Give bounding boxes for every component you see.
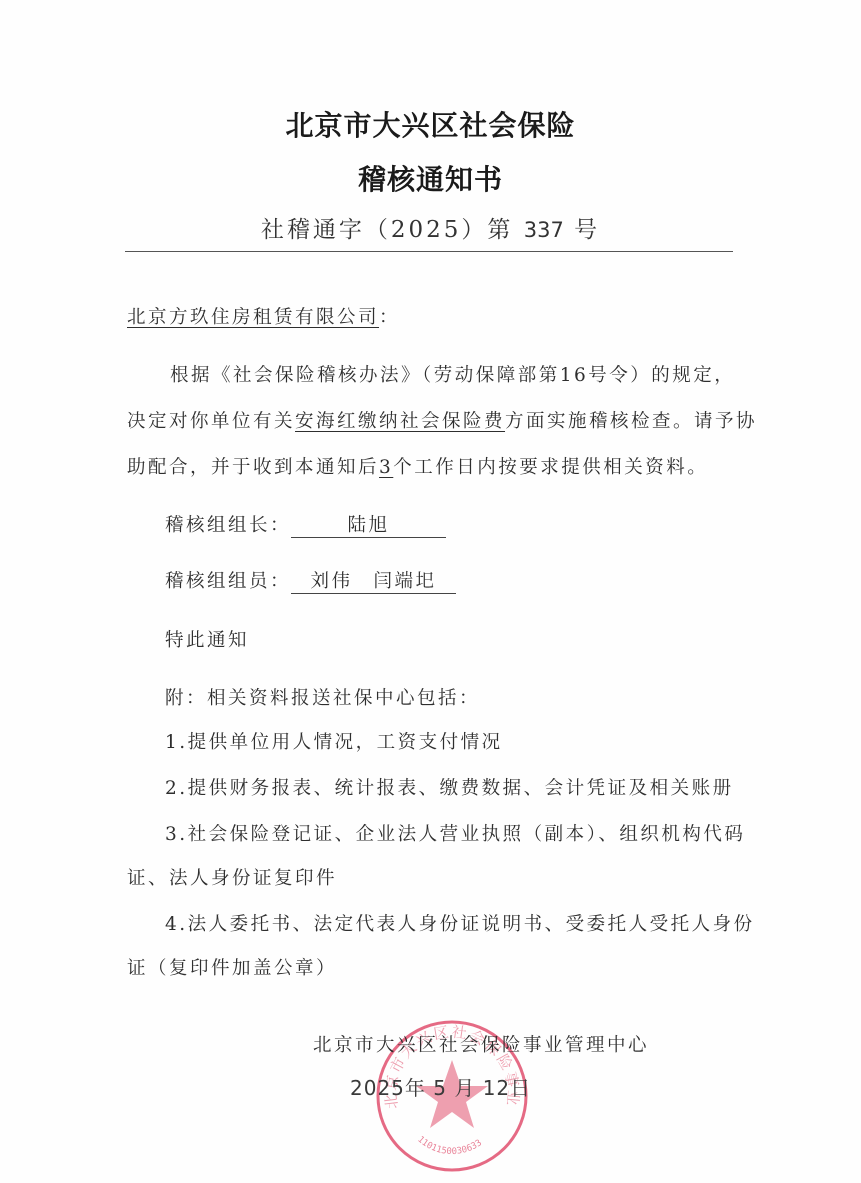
paragraph-line-1: 根据《社会保险稽核办法》（劳动保障部第16号令）的规定， [170,361,735,387]
team-leader-row: 稽核组组长：陆旭 [165,511,446,538]
header-divider [125,251,733,252]
audit-subject: 安海红缴纳社会保险费 [295,411,505,432]
addressee: 北京方玖住房租赁有限公司： [127,303,400,329]
para-text: 决定对你单位有关 [127,411,295,432]
team-leader-label: 稽核组组长： [165,515,291,536]
doc-number-value: 337 [524,218,564,242]
document-title: 北京市大兴区社会保险 [0,104,861,144]
team-members-row: 稽核组组员：刘伟 闫端圯 [165,567,456,594]
closing-text: 特此通知 [165,626,249,652]
team-members-label: 稽核组组员： [165,571,291,592]
para-text: 个工作日内按要求提供相关资料。 [393,457,708,478]
paragraph-line-2: 决定对你单位有关安海红缴纳社会保险费方面实施稽核检查。请予协 [127,407,757,433]
attachment-item-cont: 证（复印件加盖公章） [127,954,337,980]
paragraph-line-3: 助配合，并于收到本通知后3个工作日内按要求提供相关资料。 [127,453,708,479]
svg-text:1101150030633: 1101150030633 [415,1135,484,1157]
para-text: 助配合，并于收到本通知后 [127,457,379,478]
document-number: 社稽通字（2025）第 337 号 [0,211,861,244]
attachment-item-cont: 证、法人身份证复印件 [127,864,337,890]
seal-number: 1101150030633 [415,1135,484,1157]
working-days: 3 [379,457,393,478]
document-page: 北京市大兴区社会保险 稽核通知书 社稽通字（2025）第 337 号 北京方玖住… [0,0,861,1183]
team-members-names: 刘伟 闫端圯 [291,567,456,594]
signature-date: 2025年 5 月 12日 [350,1072,531,1101]
attachment-item: 2.提供财务报表、统计报表、缴费数据、会计凭证及相关账册 [165,774,734,800]
doc-number-prefix: 社稽通字（2025）第 [261,217,514,243]
attachment-item: 1.提供单位用人情况，工资支付情况 [165,728,503,754]
attachment-heading: 附：相关资料报送社保中心包括： [165,684,480,710]
para-text: 方面实施稽核检查。请予协 [505,411,757,432]
attachment-item: 3.社会保险登记证、企业法人营业执照（副本）、组织机构代码 [165,820,745,846]
doc-number-suffix: 号 [574,217,600,243]
addressee-company: 北京方玖住房租赁有限公司 [127,307,379,328]
attachment-item: 4.法人委托书、法定代表人身份证说明书、受委托人受托人身份 [165,910,755,936]
document-subtitle: 稽核通知书 [0,158,861,198]
addressee-colon: ： [379,307,400,328]
team-leader-name: 陆旭 [291,511,446,538]
issuing-organization: 北京市大兴区社会保险事业管理中心 [313,1031,649,1057]
